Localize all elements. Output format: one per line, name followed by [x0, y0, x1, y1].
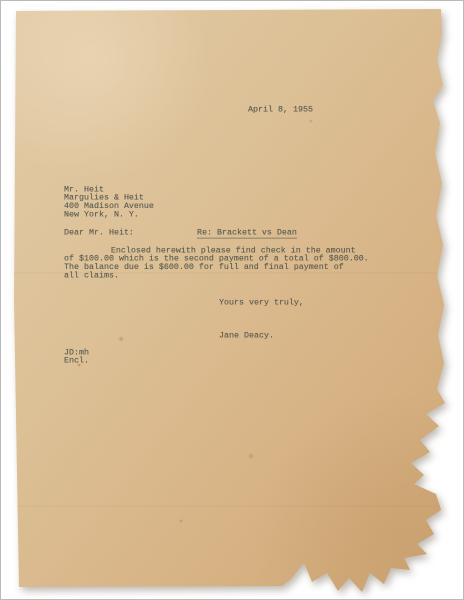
body-line-4: all claims. — [64, 271, 393, 279]
closing-line: Yours very truly, — [219, 298, 304, 306]
subject-text: Re: Brackett vs Dean — [197, 227, 297, 238]
letter-page: April 8, 1955 Mr. Heit Margulies & Heit … — [0, 0, 464, 600]
recipient-block: Mr. Heit Margulies & Heit 400 Madison Av… — [64, 185, 154, 219]
subject-line: Re: Brackett vs Dean — [197, 228, 297, 236]
body-paragraph: Enclosed herewith please find check in t… — [64, 246, 393, 280]
enclosure-notation: Encl. — [64, 356, 89, 366]
typed-signature: Jane Deacy. — [219, 331, 274, 339]
recipient-city: New York, N. Y. — [64, 210, 139, 220]
salutation: Dear Mr. Heit: — [64, 228, 134, 236]
notation-block: JD:mh Encl. — [64, 348, 89, 365]
date-line: April 8, 1955 — [248, 105, 313, 113]
